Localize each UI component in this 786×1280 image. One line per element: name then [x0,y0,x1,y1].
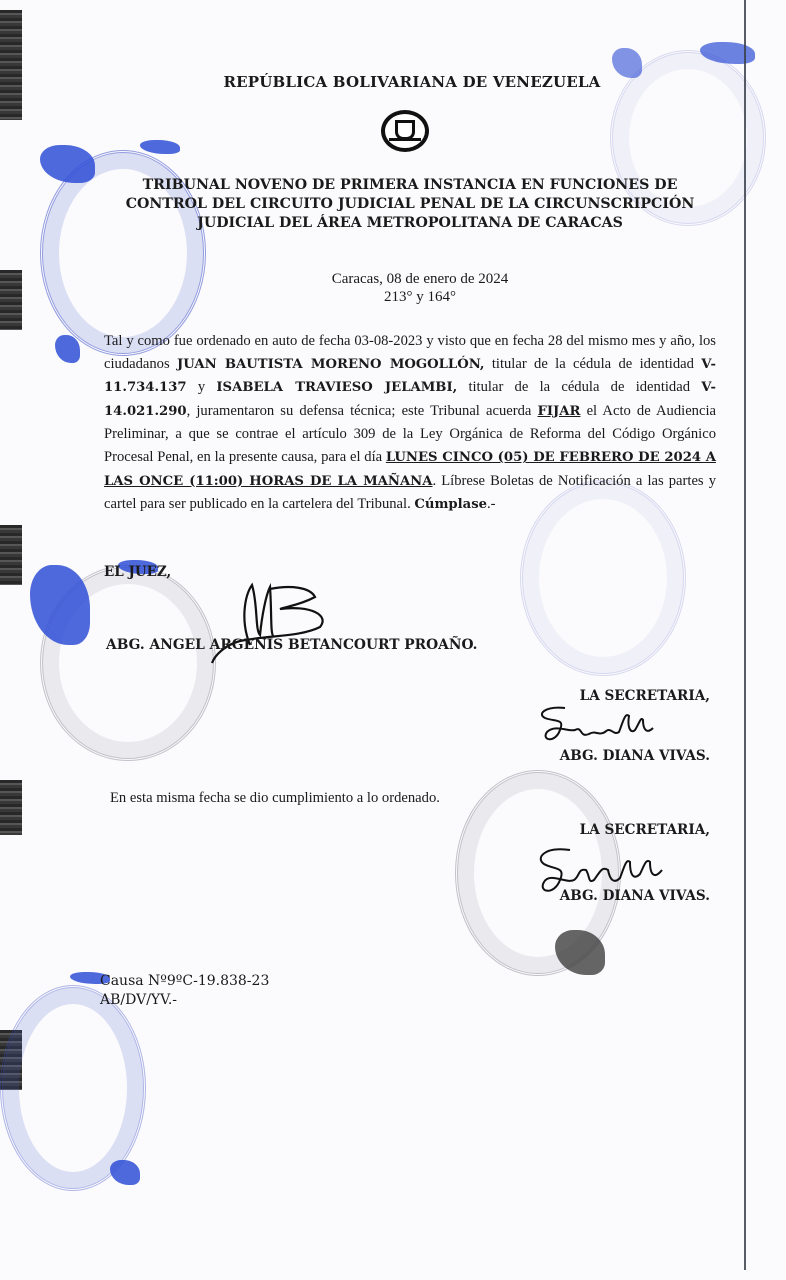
stamp-ink-smudge [40,145,95,183]
defendant-name: ISABELA TRAVIESO JELAMBI, [216,380,457,395]
secretary-signature [535,702,685,752]
tribunal-line: JUDICIAL DEL ÁREA METROPOLITANA DE CARAC… [100,214,720,233]
secretary-label: LA SECRETARIA, [580,688,710,704]
body-text: , juramentaron su defensa técnica; este … [187,403,538,419]
fijar-keyword: FIJAR [537,404,580,419]
scan-artifact [0,525,22,585]
scan-artifact [0,10,22,120]
page-edge-line [744,0,746,1270]
secretary-label: LA SECRETARIA, [580,822,710,838]
judge-label: EL JUEZ, [104,564,171,580]
place-date-block: Caracas, 08 de enero de 2024 213° y 164° [0,270,786,306]
stamp-ink-smudge [55,335,80,363]
venezuela-coat-of-arms-icon [381,110,429,152]
order-body: Tal y como fue ordenado en auto de fecha… [104,330,716,517]
stamp-ink-smudge [110,1160,140,1185]
tribunal-title: TRIBUNAL NOVENO DE PRIMERA INSTANCIA EN … [100,176,720,233]
tribunal-line: CONTROL DEL CIRCUITO JUDICIAL PENAL DE L… [100,195,720,214]
place-date: Caracas, 08 de enero de 2024 [0,270,786,288]
body-text: titular de la cédula de identidad [485,356,702,372]
compliance-note: En esta misma fecha se dio cumplimiento … [110,790,440,807]
secretary-name: ABG. DIANA VIVAS. [560,748,710,764]
tribunal-line: TRIBUNAL NOVENO DE PRIMERA INSTANCIA EN … [100,176,720,195]
case-number: Causa Nº9ºC-19.838-23 [100,972,269,991]
body-text: y [187,379,217,395]
stamp-ink-smudge [140,140,180,154]
case-reference: Causa Nº9ºC-19.838-23 AB/DV/YV.- [100,972,269,1010]
scan-artifact [0,780,22,835]
cumplase-keyword: Cúmplase [414,497,487,512]
initials: AB/DV/YV.- [100,991,269,1010]
defendant-name: JUAN BAUTISTA MORENO MOGOLLÓN, [177,357,485,372]
judge-name: ABG. ANGEL ARGENIS BETANCOURT PROAÑO. [106,637,477,653]
body-text: .- [487,496,496,512]
secretary-name: ABG. DIANA VIVAS. [560,888,710,904]
country-header: REPÚBLICA BOLIVARIANA DE VENEZUELA [40,73,784,91]
stamp-ink-smudge [30,565,90,645]
years-line: 213° y 164° [0,288,786,306]
body-text: titular de la cédula de identidad [457,379,701,395]
